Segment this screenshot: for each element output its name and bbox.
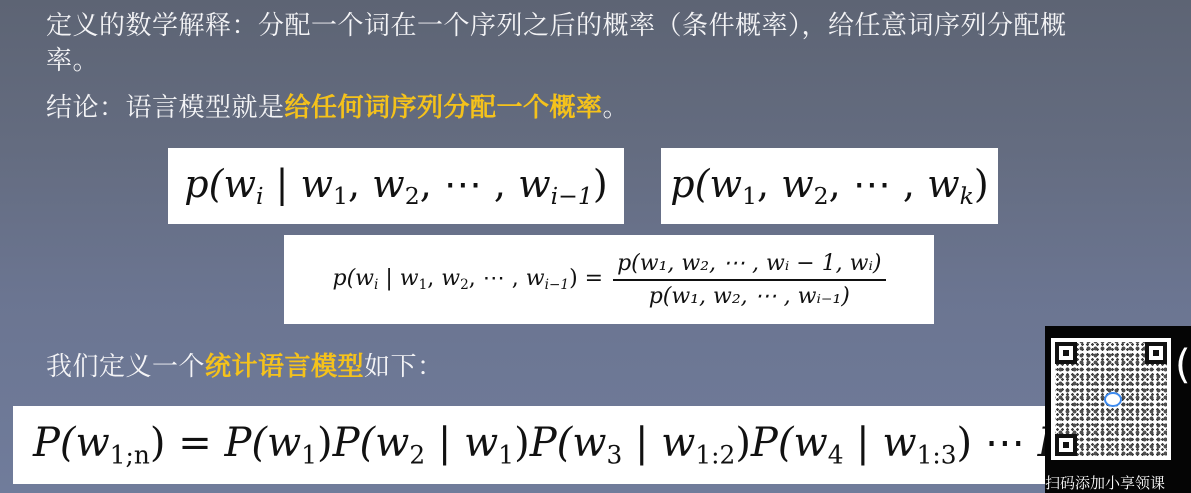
- formula-conditional-expr: p(wi | w1, w2, ⋯ , wi−1): [184, 162, 607, 210]
- formula-bayes-lhs: p(wi | w1, w2, ⋯ , wi−1) =: [332, 266, 603, 293]
- definition-line-1: 定义的数学解释：分配一个词在一个序列之后的概率（条件概率），给任意词序列分配概: [46, 10, 1067, 42]
- fraction-denominator: p(w₁, w₂, ⋯ , wᵢ₋₁): [645, 281, 854, 309]
- statlm-highlight: 统计语言模型: [205, 352, 364, 382]
- formula-joint: p(w1, w2, ⋯ , wk): [661, 148, 998, 224]
- formula-conditional: p(wi | w1, w2, ⋯ , wi−1): [168, 148, 624, 224]
- chat-bubble-icon: [1104, 392, 1122, 407]
- formula-bayes: p(wi | w1, w2, ⋯ , wi−1) = p(w₁, w₂, ⋯ ,…: [284, 235, 934, 324]
- formula-bayes-fraction: p(w₁, w₂, ⋯ , wᵢ − 1, wᵢ) p(w₁, w₂, ⋯ , …: [613, 251, 885, 309]
- qr-code-overlay[interactable]: ( 扫码添加小享领课: [1045, 326, 1191, 493]
- formula-chain-rule: P(w1;n) = P(w1)P(w2 | w1)P(w3 | w1:2)P(w…: [13, 406, 1053, 484]
- qr-finder-bottom-left: [1055, 434, 1077, 456]
- formula-chain-rule-expr: P(w1;n) = P(w1)P(w2 | w1)P(w3 | w1:2)P(w…: [33, 420, 1053, 469]
- statlm-suffix: 如下：: [364, 352, 444, 382]
- qr-finder-top-left: [1055, 342, 1077, 364]
- fraction-numerator: p(w₁, w₂, ⋯ , wᵢ − 1, wᵢ): [613, 251, 885, 281]
- conclusion-highlight: 给任何词序列分配一个概率: [285, 93, 603, 123]
- conclusion-prefix: 结论：语言模型就是: [46, 93, 285, 123]
- formula-joint-expr: p(w1, w2, ⋯ , wk): [670, 162, 988, 210]
- definition-line-2: 率。: [46, 45, 99, 77]
- conclusion-text: 结论：语言模型就是给任何词序列分配一个概率。: [46, 92, 629, 124]
- qr-finder-top-right: [1145, 342, 1167, 364]
- qr-side-decoration: (: [1175, 340, 1191, 450]
- conclusion-suffix: 。: [603, 93, 630, 123]
- qr-caption: 扫码添加小享领课: [1045, 473, 1191, 493]
- qr-code-image[interactable]: [1051, 338, 1171, 460]
- statlm-prefix: 我们定义一个: [46, 352, 205, 382]
- statlm-heading: 我们定义一个统计语言模型如下：: [46, 351, 444, 383]
